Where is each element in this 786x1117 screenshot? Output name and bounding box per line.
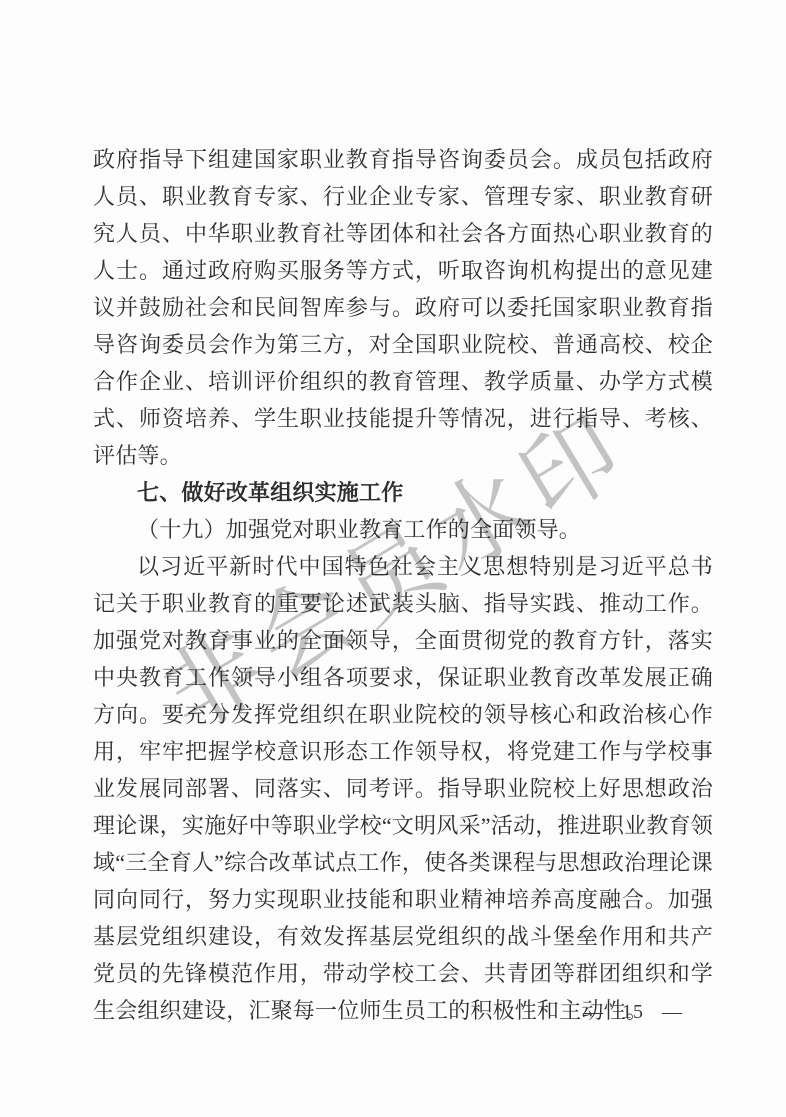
page-number: — 15 — [583, 1001, 683, 1024]
page-body: 政府指导下组建国家职业教育指导咨询委员会。成员包括政府人员、职业教育专家、行业企… [93, 141, 713, 1029]
clause-body-paragraph: 以习近平新时代中国特色社会主义思想特别是习近平总书记关于职业教育的重要论述武装头… [93, 548, 713, 1029]
document-page: 非会员水印 政府指导下组建国家职业教育指导咨询委员会。成员包括政府人员、职业教育… [0, 0, 786, 1117]
paragraph-continuation: 政府指导下组建国家职业教育指导咨询委员会。成员包括政府人员、职业教育专家、行业企… [93, 141, 713, 474]
section-heading: 七、做好改革组织实施工作 [93, 474, 713, 511]
clause-heading: （十九）加强党对职业教育工作的全面领导。 [93, 511, 713, 548]
